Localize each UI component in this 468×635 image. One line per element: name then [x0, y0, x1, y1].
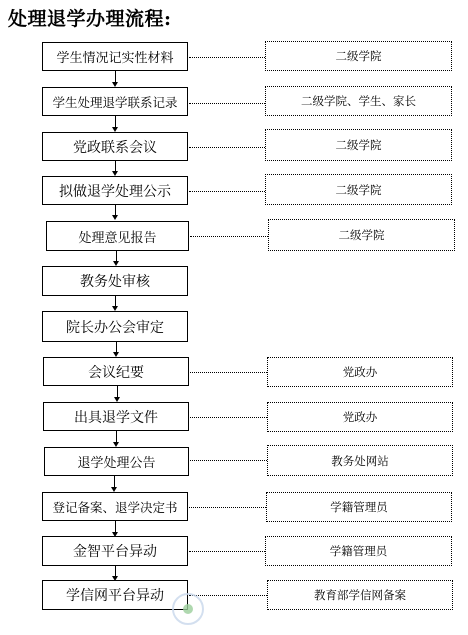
responsible-box: 二级学院	[265, 129, 452, 161]
step-label: 教务处审核	[80, 271, 150, 291]
connector-line	[190, 417, 267, 418]
step-box: 学生情况记实性材料	[42, 42, 188, 71]
responsible-box: 二级学院	[268, 219, 455, 251]
responsible-label: 二级学院	[339, 227, 385, 243]
connector-line	[189, 507, 266, 508]
page-title: 处理退学办理流程:	[8, 4, 172, 31]
step-box: 教务处审核	[42, 266, 188, 296]
responsible-label: 二级学院	[336, 137, 382, 153]
step-box: 拟做退学处理公示	[42, 176, 188, 205]
responsible-label: 学籍管理员	[330, 499, 388, 515]
step-label: 处理意见报告	[78, 227, 156, 246]
step-label: 院长办公会审定	[66, 317, 164, 337]
responsible-label: 二级学院、学生、家长	[301, 93, 416, 109]
step-box: 党政联系会议	[42, 132, 188, 161]
step-box: 登记备案、退学决定书	[42, 492, 188, 521]
step-box: 处理意见报告	[46, 221, 189, 251]
responsible-box: 党政办	[267, 402, 453, 432]
step-box: 学生处理退学联系记录	[42, 87, 188, 116]
responsible-label: 教育部学信网备案	[314, 587, 406, 603]
step-label: 学信网平台异动	[66, 585, 164, 605]
connector-line	[189, 595, 267, 596]
connector-line	[189, 103, 265, 104]
step-box: 退学处理公告	[44, 447, 189, 476]
arrow-down-icon	[112, 215, 118, 220]
responsible-box: 党政办	[267, 357, 453, 387]
step-label: 学生情况记实性材料	[56, 47, 173, 66]
responsible-label: 二级学院	[336, 182, 382, 198]
seal-icon	[172, 593, 204, 625]
step-label: 金智平台异动	[73, 541, 157, 561]
responsible-box: 学籍管理员	[265, 536, 452, 566]
connector-line	[189, 57, 265, 58]
responsible-box: 二级学院	[265, 174, 452, 205]
responsible-box: 教务处网站	[267, 445, 453, 476]
step-box: 学信网平台异动	[42, 580, 188, 610]
responsible-box: 学籍管理员	[266, 492, 452, 522]
responsible-label: 学籍管理员	[330, 543, 388, 559]
step-label: 党政联系会议	[73, 137, 157, 157]
responsible-box: 教育部学信网备案	[267, 580, 453, 610]
step-label: 退学处理公告	[77, 452, 155, 471]
connector-line	[190, 372, 267, 373]
connector-line	[189, 191, 265, 192]
step-label: 拟做退学处理公示	[59, 181, 171, 201]
connector-line	[189, 551, 265, 552]
step-box: 院长办公会审定	[42, 311, 188, 342]
connector-line	[190, 460, 267, 461]
responsible-label: 二级学院	[336, 48, 382, 64]
responsible-box: 二级学院	[265, 41, 452, 71]
step-label: 学生处理退学联系记录	[52, 93, 177, 111]
step-box: 出具退学文件	[43, 402, 189, 431]
step-label: 出具退学文件	[74, 407, 158, 427]
responsible-label: 党政办	[343, 364, 378, 380]
step-box: 金智平台异动	[42, 536, 188, 566]
responsible-label: 党政办	[343, 409, 378, 425]
responsible-box: 二级学院、学生、家长	[265, 86, 452, 116]
step-label: 会议纪要	[88, 362, 144, 382]
step-label: 登记备案、退学决定书	[52, 498, 177, 516]
responsible-label: 教务处网站	[331, 453, 389, 469]
connector-line	[189, 147, 265, 148]
connector-line	[190, 236, 268, 237]
step-box: 会议纪要	[43, 357, 189, 386]
